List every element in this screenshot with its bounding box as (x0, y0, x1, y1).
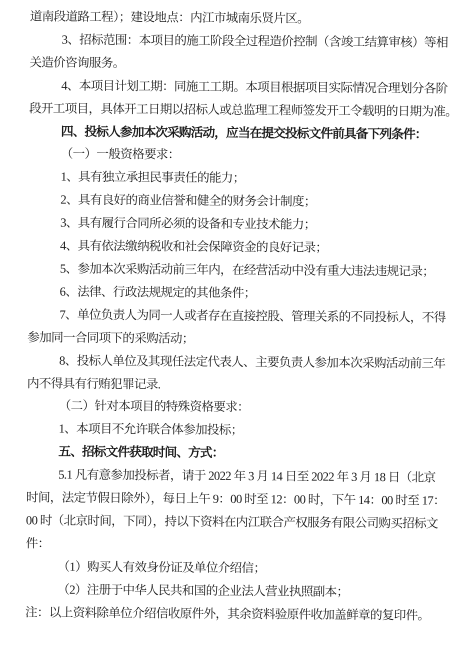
text-line: （一）一般资格要求： (29, 143, 460, 169)
footnote-line: 注：以上资料除单位介绍信收原件外，其余资料验原件收加盖鲜章的复印件。 (25, 601, 456, 627)
text-line: （2）注册于中华人民共和国的企业法人营业执照副本； (25, 578, 456, 604)
text-line: 参加同一合同项下的采购活动； (27, 326, 458, 352)
text-line: 时间，法定节假日除外），每日上午 9：00 时至 12：00 时，下午 14：0… (26, 486, 457, 512)
text-line: 4、具有依法缴纳税收和社会保障资金的良好记录； (28, 234, 459, 260)
text-line: 3、具有履行合同所必须的设备和专业技术能力； (28, 212, 459, 238)
text-line: 8、投标人单位及其现任法定代表人、主要负责人参加本次采购活动前三年 (27, 349, 458, 375)
text-line: （二）针对本项目的特殊资格要求： (27, 395, 458, 421)
text-line: 2、具有良好的商业信誉和健全的财务会计制度； (28, 189, 459, 215)
text-line: 内不得具有行贿犯罪记录. (27, 372, 458, 398)
text-line: 1、本项目不允许联合体参加投标； (27, 418, 458, 444)
document-page: 道南段道路工程）；建设地点：内江市城南乐贤片区。 3、招标范围：本项目的施工阶段… (0, 0, 475, 671)
section-heading: 五、招标文件获取时间、方式： (26, 441, 457, 467)
text-line: 段开工项目，具体开工日期以招标人或总监理工程师签发开工令载明的日期为准。 (29, 97, 460, 123)
text-line: 关造价咨询服务。 (29, 51, 460, 77)
document-body: 道南段道路工程）；建设地点：内江市城南乐贤片区。 3、招标范围：本项目的施工阶段… (0, 0, 475, 627)
text-line: 3、招标范围：本项目的施工阶段全过程造价控制（含竣工结算审核）等相 (30, 28, 461, 54)
text-line: 5.1 凡有意参加投标者，请于 2022 年 3 月 14 日至 2022 年 … (26, 463, 457, 489)
section-heading: 四、投标人参加本次采购活动，应当在提交投标文件前具备下列条件： (29, 120, 460, 146)
text-line: 6、法律、行政法规规定的其他条件； (28, 280, 459, 306)
text-line: （1）购买人有效身份证及单位介绍信； (25, 555, 456, 581)
text-line: 00 时（北京时间，下同），持以下资料在内江联合产权服务有限公司购买招标文 (26, 509, 457, 535)
text-line: 道南段道路工程）；建设地点：内江市城南乐贤片区。 (30, 5, 461, 31)
text-line: 4、本项目计划工期：同施工工期。本项目根据项目实际情况合理划分各阶 (29, 74, 460, 100)
text-line: 1、具有独立承担民事责任的能力； (29, 166, 460, 192)
text-line: 7、单位负责人为同一人或者存在直接控股、管理关系的不同投标人，不得 (27, 303, 458, 329)
text-line: 5、参加本次采购活动前三年内，在经营活动中没有重大违法违规记录； (28, 257, 459, 283)
text-line: 件： (26, 532, 457, 558)
